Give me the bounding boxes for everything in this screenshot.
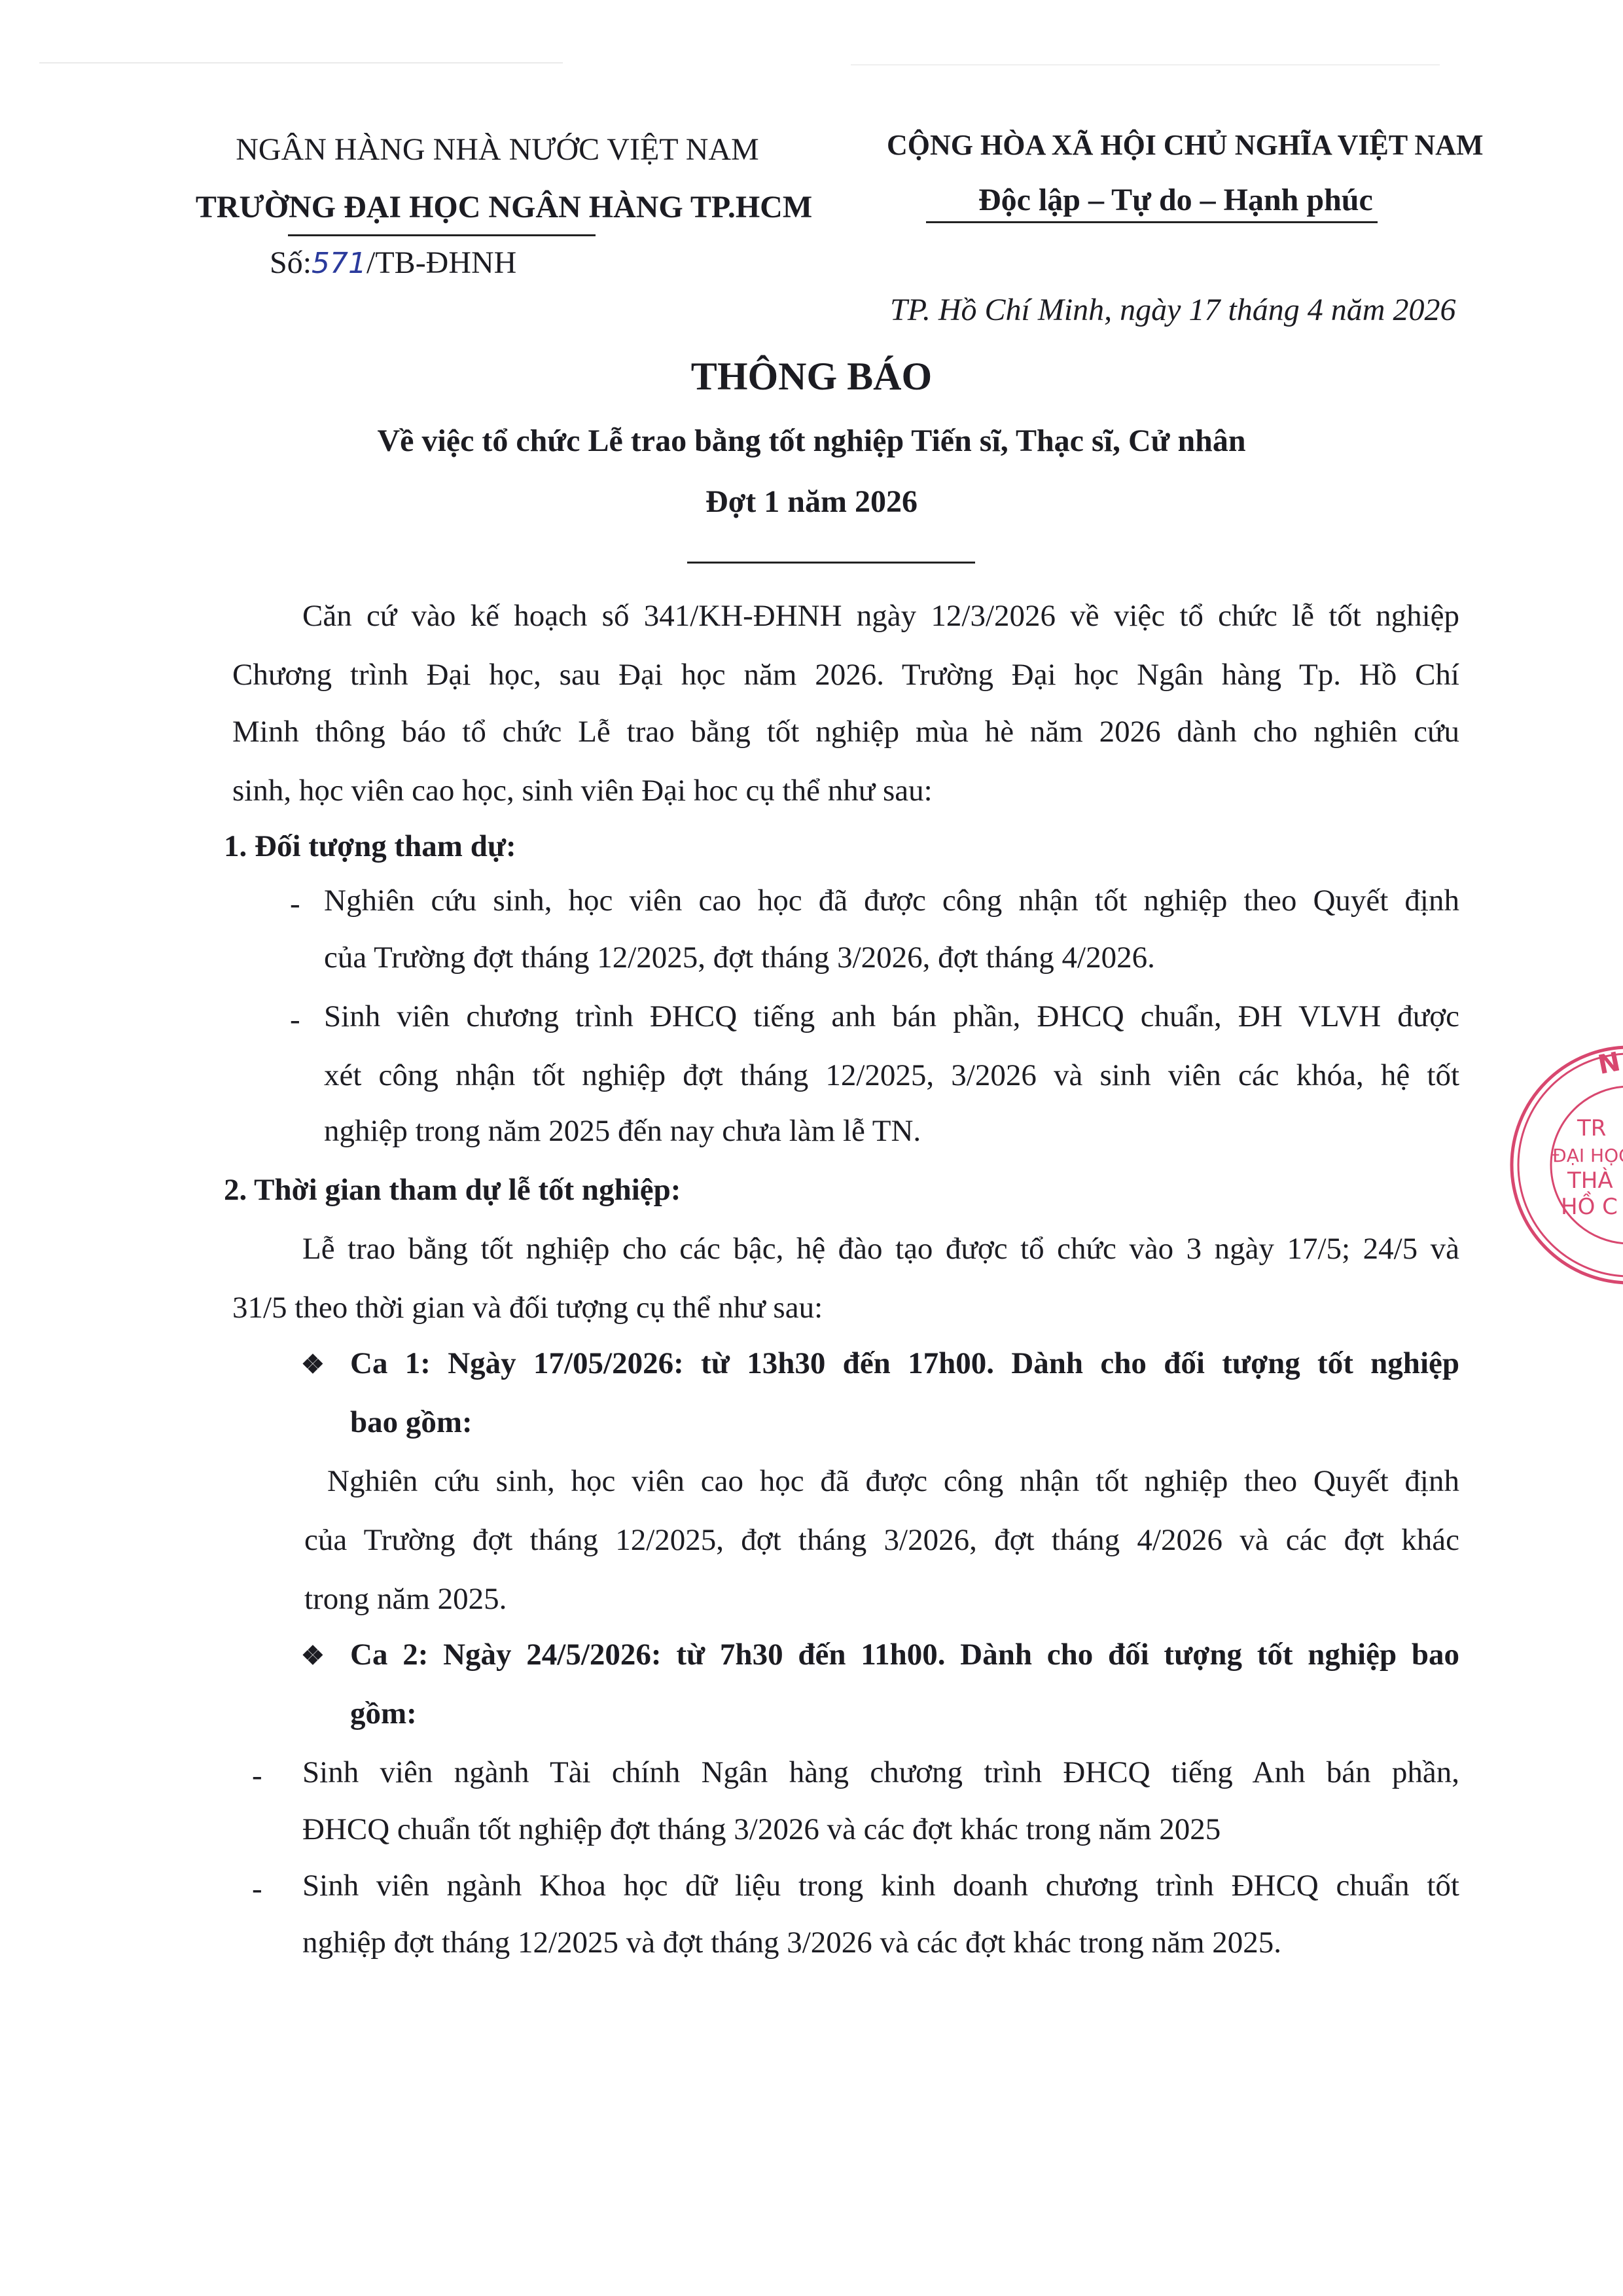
- number-prefix: Số:: [270, 245, 312, 280]
- intro-line: Minh thông báo tổ chức Lễ trao bằng tốt …: [232, 717, 1459, 747]
- section-2-heading: 2. Thời gian tham dự lễ tốt nghiệp:: [224, 1175, 681, 1206]
- diamond-bullet-icon: ❖: [301, 1352, 325, 1378]
- bullet-dash: -: [252, 1874, 262, 1905]
- session-2-heading: gồm:: [350, 1698, 417, 1729]
- stamp-center-line: THÀ: [1567, 1167, 1613, 1194]
- session-1-heading: Ca 1: Ngày 17/05/2026: từ 13h30 đến 17h0…: [350, 1348, 1459, 1379]
- session-2-bullet-1-line: ĐHCQ chuẩn tốt nghiệp đợt tháng 3/2026 v…: [302, 1814, 1221, 1845]
- issuing-agency: NGÂN HÀNG NHÀ NƯỚC VIỆT NAM: [164, 134, 831, 166]
- diamond-bullet-icon: ❖: [301, 1643, 325, 1669]
- session-2-heading: Ca 2: Ngày 24/5/2026: từ 7h30 đến 11h00.…: [350, 1640, 1459, 1670]
- document-number: Số:571/TB-ĐHNH: [270, 247, 516, 279]
- number-suffix: /TB-ĐHNH: [366, 245, 516, 280]
- official-seal-stamp: NGÂN HÀNG NH TR ĐẠI HỌC THÀ HỒ C: [1505, 1041, 1623, 1289]
- section-1-item-2-line: nghiệp trong năm 2025 đến nay chưa làm l…: [324, 1116, 921, 1147]
- scan-artifact: [39, 62, 563, 63]
- session-1-body-line: trong năm 2025.: [304, 1584, 507, 1615]
- stamp-center-line: TR: [1577, 1115, 1606, 1141]
- bullet-dash: -: [290, 1005, 300, 1035]
- session-1-body-line: Nghiên cứu sinh, học viên cao học đã đượ…: [327, 1466, 1459, 1497]
- school-name: TRƯỜNG ĐẠI HỌC NGÂN HÀNG TP.HCM: [164, 192, 844, 223]
- document-subject: Về việc tổ chức Lễ trao bằng tốt nghiệp …: [0, 425, 1623, 457]
- session-1-heading: bao gồm:: [350, 1407, 473, 1438]
- handwritten-number: 571: [312, 247, 366, 280]
- intro-line: sinh, học viên cao học, sinh viên Đại ho…: [232, 776, 933, 806]
- country-name: CỘNG HÒA XÃ HỘI CHỦ NGHĨA VIỆT NAM: [887, 131, 1483, 160]
- section-1-heading: 1. Đối tượng tham dự:: [224, 831, 516, 862]
- scan-artifact: [851, 64, 1440, 65]
- national-motto: Độc lập – Tự do – Hạnh phúc: [978, 185, 1373, 216]
- section-1-item-2-line: xét công nhận tốt nghiệp đợt tháng 12/20…: [324, 1060, 1459, 1091]
- intro-line: Chương trình Đại học, sau Đại học năm 20…: [232, 660, 1459, 691]
- stamp-center-line: HỒ C: [1561, 1191, 1618, 1220]
- document-subject-batch: Đợt 1 năm 2026: [0, 486, 1623, 518]
- section-2-intro-line: 31/5 theo thời gian và đối tượng cụ thể …: [232, 1293, 823, 1323]
- section-1-item-2-line: Sinh viên chương trình ĐHCQ tiếng anh bá…: [324, 1001, 1459, 1032]
- section-2-intro-line: Lễ trao bằng tốt nghiệp cho các bậc, hệ …: [302, 1234, 1459, 1265]
- session-1-body-line: của Trường đợt tháng 12/2025, đợt tháng …: [304, 1525, 1459, 1556]
- bullet-dash: -: [252, 1761, 262, 1791]
- bullet-dash: -: [290, 889, 300, 920]
- session-2-bullet-1-line: Sinh viên ngành Tài chính Ngân hàng chươ…: [302, 1757, 1459, 1788]
- session-2-bullet-2-line: Sinh viên ngành Khoa học dữ liệu trong k…: [302, 1871, 1459, 1901]
- header-left-underline: [288, 234, 596, 236]
- title-divider: [687, 562, 975, 564]
- document-title: THÔNG BÁO: [0, 357, 1623, 396]
- section-1-item-1-line: của Trường đợt tháng 12/2025, đợt tháng …: [324, 942, 1155, 973]
- section-1-item-1-line: Nghiên cứu sinh, học viên cao học đã đượ…: [324, 886, 1459, 916]
- stamp-center-line: ĐẠI HỌC: [1552, 1145, 1623, 1166]
- session-2-bullet-2-line: nghiệp đợt tháng 12/2025 và đợt tháng 3/…: [302, 1928, 1281, 1958]
- intro-line: Căn cứ vào kế hoạch số 341/KH-ĐHNH ngày …: [302, 601, 1459, 632]
- motto-underline: [926, 221, 1378, 223]
- place-and-date: TP. Hồ Chí Minh, ngày 17 tháng 4 năm 202…: [890, 295, 1455, 326]
